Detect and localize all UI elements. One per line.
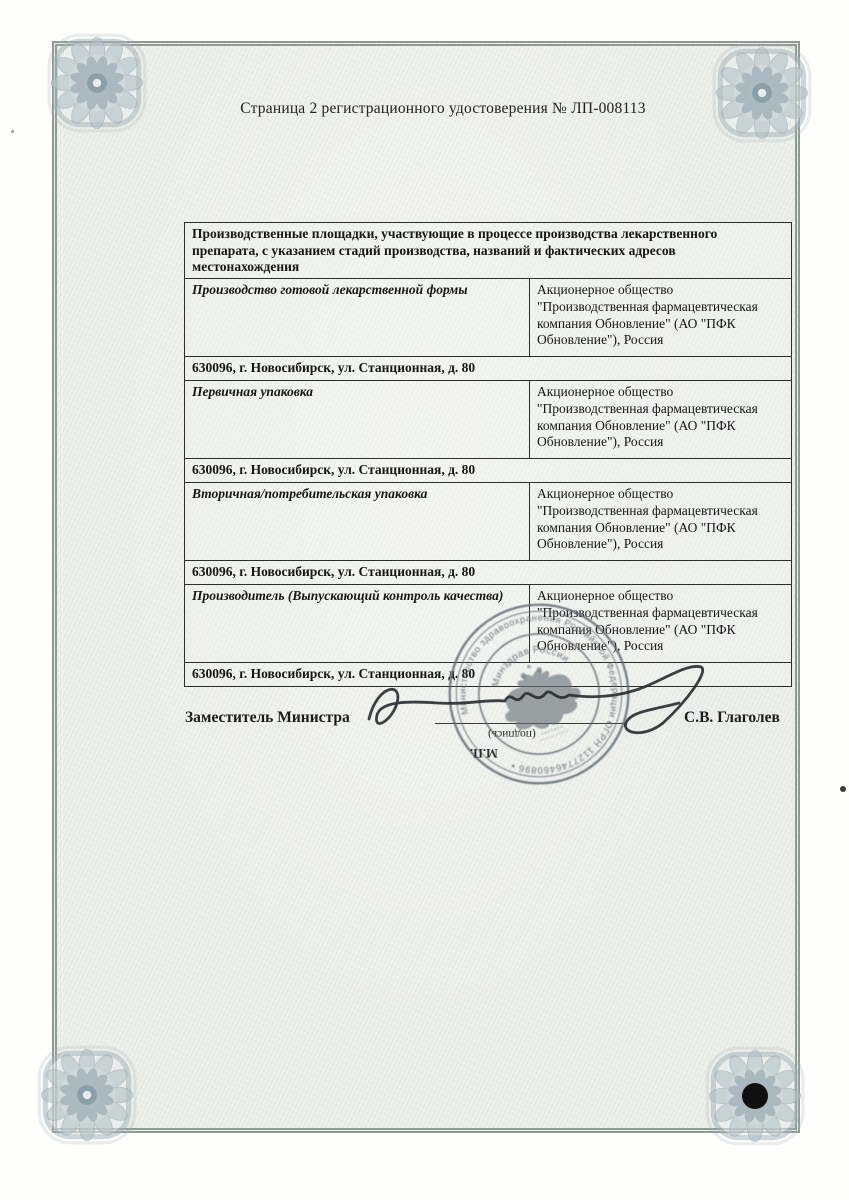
- table-row: 630096, г. Новосибирск, ул. Станционная,…: [185, 357, 792, 381]
- table-row: 630096, г. Новосибирск, ул. Станционная,…: [185, 561, 792, 585]
- guilloche-rosette-top-right-icon: [710, 41, 814, 145]
- signer-name: С.В. Глаголев: [684, 709, 780, 727]
- seal-place-caption-text: М.П.: [470, 745, 498, 760]
- table-row: 630096, г. Новосибирск, ул. Станционная,…: [185, 459, 792, 483]
- signature-caption: (подпись): [462, 728, 562, 740]
- organization-cell: Акционерное общество "Производственная ф…: [530, 279, 792, 357]
- stage-cell: Вторичная/потребительская упаковка: [185, 483, 530, 561]
- table-row: Вторичная/потребительская упаковка Акцио…: [185, 483, 792, 561]
- address-cell: 630096, г. Новосибирск, ул. Станционная,…: [185, 459, 792, 483]
- punch-hole-dot: [742, 1083, 768, 1109]
- organization-cell: Акционерное общество "Производственная ф…: [530, 483, 792, 561]
- page-header: Страница 2 регистрационного удостоверени…: [57, 100, 795, 118]
- handwritten-signature-icon: [357, 641, 727, 761]
- stage-cell: Производство готовой лекарственной формы: [185, 279, 530, 357]
- organization-cell: Акционерное общество "Производственная ф…: [530, 381, 792, 459]
- signature-caption-text: (подпись): [488, 728, 536, 740]
- certificate-page: Страница 2 регистрационного удостоверени…: [52, 41, 800, 1133]
- table-title-row: Производственные площадки, участвующие в…: [185, 223, 792, 279]
- guilloche-rosette-top-left-icon: [45, 31, 149, 135]
- table-row: Первичная упаковка Акционерное общество …: [185, 381, 792, 459]
- seal-place-caption: М.П.: [470, 745, 498, 760]
- table-title: Производственные площадки, участвующие в…: [185, 223, 792, 279]
- signer-position-title: Заместитель Министра: [185, 709, 350, 727]
- address-cell: 630096, г. Новосибирск, ул. Станционная,…: [185, 357, 792, 381]
- stage-cell: Первичная упаковка: [185, 381, 530, 459]
- guilloche-rosette-bottom-left-icon: [35, 1043, 139, 1147]
- address-cell: 630096, г. Новосибирск, ул. Станционная,…: [185, 561, 792, 585]
- scan-speck: [11, 130, 14, 133]
- scan-speck: [840, 786, 846, 792]
- scanned-certificate-page: { "document": { "page_header": "Страница…: [0, 0, 849, 1200]
- table-row: Производство готовой лекарственной формы…: [185, 279, 792, 357]
